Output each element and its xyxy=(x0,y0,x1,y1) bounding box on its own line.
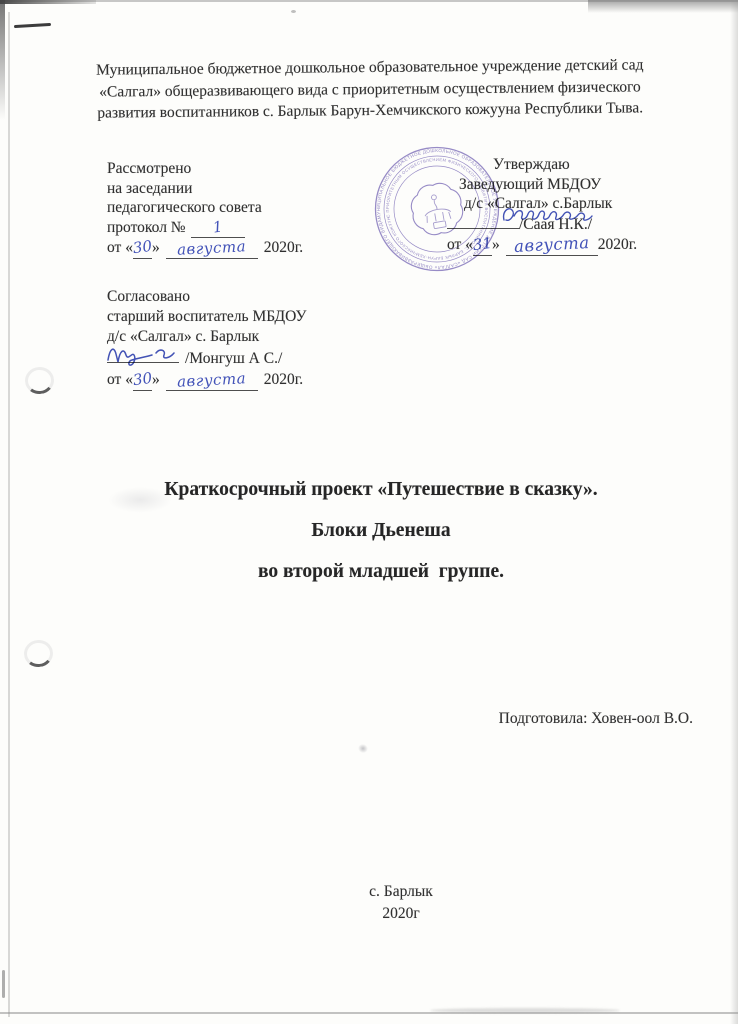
date-year: 2020г. xyxy=(598,236,637,253)
protocol-label: протокол № xyxy=(107,219,186,236)
month-line: августа xyxy=(166,238,258,259)
project-title: Краткосрочный проект «Путешествие в сказ… xyxy=(12,479,738,602)
scan-artifact-dot xyxy=(291,10,296,13)
protocol-line: протокол №1 xyxy=(107,218,303,239)
date-line: от «30»августа2020г. xyxy=(107,238,303,259)
agreed-block: Согласовано старший воспитатель МБДОУ д/… xyxy=(107,287,306,391)
institution-header: Муниципальное бюджетное дошкольное образ… xyxy=(90,54,651,124)
project-title-line3: во второй младшей группе. xyxy=(12,561,738,582)
hole-punch-mark xyxy=(23,639,55,669)
scan-artifact-top-right-shadow xyxy=(588,0,738,13)
agreed-title: Согласовано xyxy=(107,287,306,307)
signature-mongush xyxy=(104,340,178,368)
reviewed-block: Рассмотрено на заседании педагогического… xyxy=(107,159,303,259)
day-line: 30 xyxy=(133,238,152,259)
handwritten-day: 30 xyxy=(132,368,154,391)
scan-artifact-top-edge xyxy=(0,0,738,2)
project-title-line1: Краткосрочный проект «Путешествие в сказ… xyxy=(12,479,738,500)
scan-artifact-left-edge-line xyxy=(8,12,10,1017)
date-line: от «30»августа2020г. xyxy=(107,369,306,391)
handwritten-day: 30 xyxy=(132,237,154,259)
text-line: педагогического совета xyxy=(107,198,303,218)
date-year: 2020г. xyxy=(264,239,303,256)
text-line: старший воспитатель МБДОУ xyxy=(107,307,306,327)
scan-artifact-bottom-edge xyxy=(0,1012,738,1014)
project-title-line2: Блоки Дьенеша xyxy=(12,520,738,541)
prepared-by: Подготовила: Ховен-оол В.О. xyxy=(499,710,693,728)
hole-punch-mark xyxy=(24,366,56,396)
signatory-name: /Монгуш А С./ xyxy=(185,350,282,367)
month-line: августа xyxy=(166,369,258,391)
handwritten-protocol-number: 1 xyxy=(212,217,224,238)
text-line: на заседании xyxy=(107,179,303,199)
date-year: 2020г. xyxy=(264,371,303,388)
footer: с. Барлык 2020г xyxy=(32,881,738,925)
reviewed-title: Рассмотрено xyxy=(107,159,303,179)
date-prefix: от « xyxy=(107,239,133,256)
handwritten-month: августа xyxy=(177,238,247,261)
footer-place: с. Барлык xyxy=(32,881,738,903)
scanned-document-page: Муниципальное бюджетное дошкольное образ… xyxy=(0,0,738,1024)
handwritten-month: августа xyxy=(513,233,590,257)
handwritten-month: августа xyxy=(177,368,247,392)
scan-artifact-bottom-shadow xyxy=(430,1008,620,1013)
date-prefix: от « xyxy=(107,371,133,388)
approved-title: Утверждаю xyxy=(493,155,637,175)
scan-artifact-left-corner-shadow xyxy=(0,0,5,120)
stamp-rider-icon xyxy=(422,193,453,230)
scan-artifact-speck xyxy=(357,743,369,755)
footer-year: 2020г xyxy=(32,903,738,925)
day-line: 30 xyxy=(133,369,152,391)
scan-artifact-bottom-left-mark xyxy=(2,970,5,998)
scan-artifact-top-left-edge xyxy=(0,0,96,4)
signature-saaya xyxy=(498,201,596,229)
scan-artifact-pen-mark xyxy=(14,23,51,28)
protocol-number-line: 1 xyxy=(191,218,245,239)
